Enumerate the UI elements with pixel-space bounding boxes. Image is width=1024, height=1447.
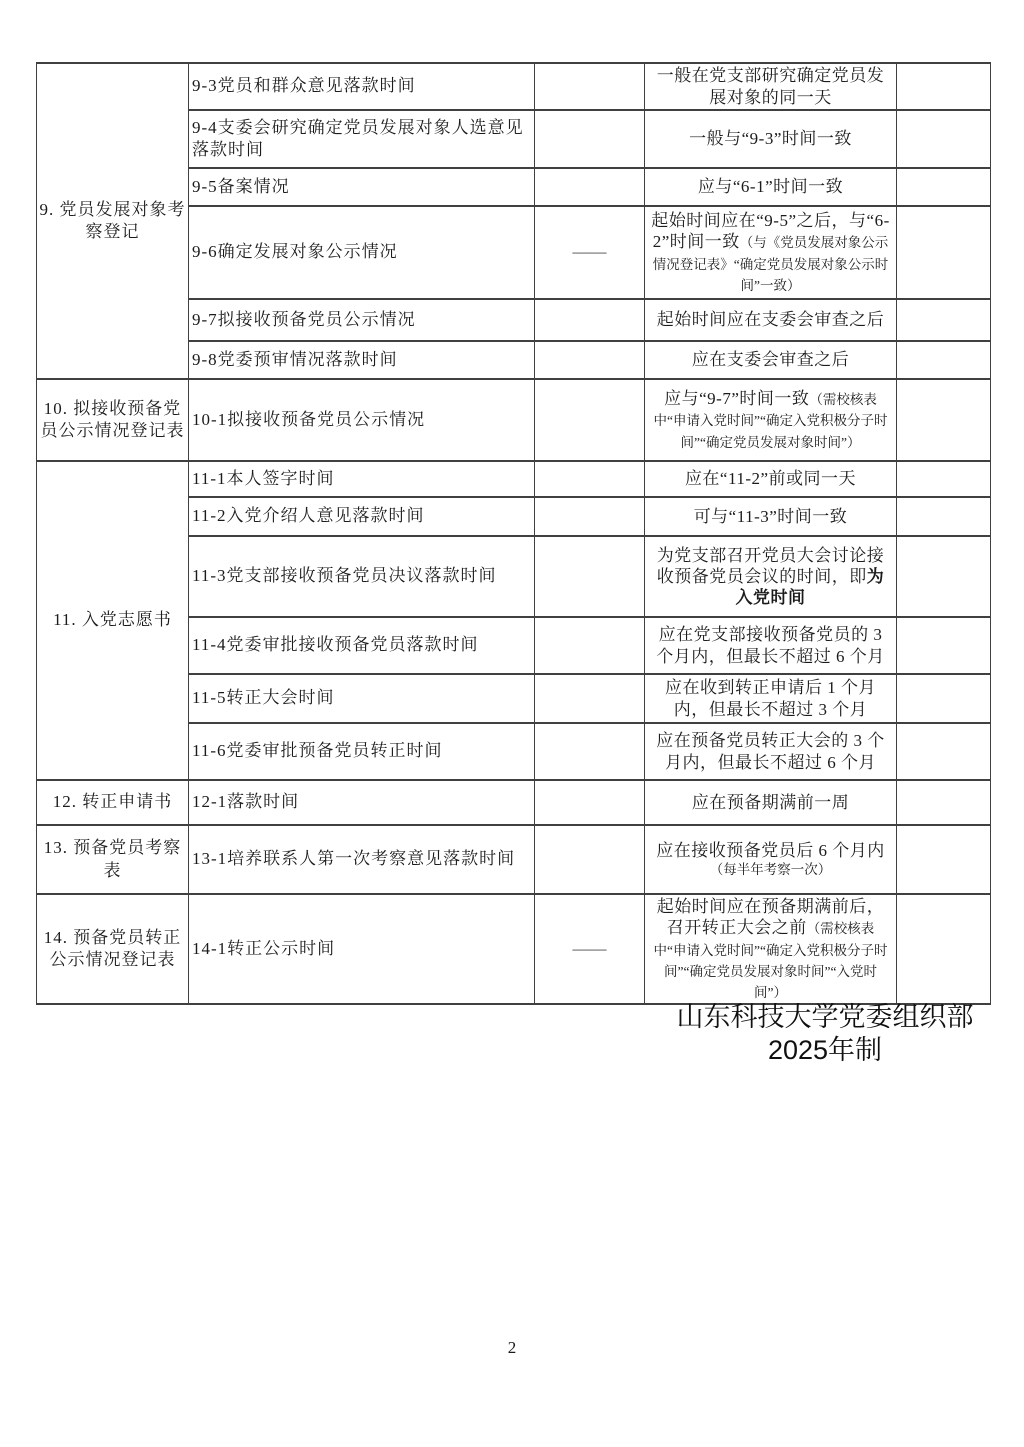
mark-cell [535,299,645,341]
empty-cell [897,536,991,617]
row-13-1: 13. 预备党员考察表 13-1培养联系人第一次考察意见落款时间 应在接收预备党… [37,825,991,894]
mark-cell [535,825,645,894]
note-cell: 为党支部召开党员大会讨论接收预备党员会议的时间，即为入党时间 [645,536,897,617]
item-cell: 11-4党委审批接收预备党员落款时间 [189,617,535,674]
note-text: 应在预备期满前一周 [692,793,850,812]
row-11-1: 11. 入党志愿书 11-1本人签字时间 应在“11-2”前或同一天 [37,461,991,497]
category-label: 13. 预备党员考察表 [44,838,182,879]
note-text: 应在党支部接收预备党员的 3 个月内，但最长不超过 6 个月 [656,625,885,665]
mark-cell [535,723,645,780]
note-cell: 起始时间应在支委会审查之后 [645,299,897,341]
category-cell-11: 11. 入党志愿书 [37,461,189,780]
category-label: 11. 入党志愿书 [53,610,172,629]
item-label: 11-6党委审批预备党员转正时间 [192,741,443,760]
empty-cell [897,63,991,110]
note-cell: 一般与“9-3”时间一致 [645,110,897,168]
item-cell: 9-5备案情况 [189,168,535,206]
note-text: 应在“11-2”前或同一天 [685,469,856,488]
item-cell: 11-5转正大会时间 [189,674,535,723]
item-label: 13-1培养联系人第一次考察意见落款时间 [192,849,515,868]
note-cell: 应与“6-1”时间一致 [645,168,897,206]
row-9-3: 9. 党员发展对象考察登记 9-3党员和群众意见落款时间 一般在党支部研究确定党… [37,63,991,110]
item-cell: 11-3党支部接收预备党员决议落款时间 [189,536,535,617]
item-cell: 9-8党委预审情况落款时间 [189,341,535,379]
note-cell: 应在支委会审查之后 [645,341,897,379]
item-label: 14-1转正公示时间 [192,939,335,958]
empty-cell [897,497,991,536]
item-cell: 14-1转正公示时间 [189,894,535,1004]
item-label: 11-1本人签字时间 [192,469,335,488]
note-cell: 应与“9-7”时间一致（需校核表中“申请入党时间”“确定入党积极分子时间”“确定… [645,379,897,461]
item-cell: 9-6确定发展对象公示情况 [189,206,535,299]
row-12-1: 12. 转正申请书 12-1落款时间 应在预备期满前一周 [37,780,991,825]
category-cell-12: 12. 转正申请书 [37,780,189,825]
empty-cell [897,379,991,461]
item-label: 11-3党支部接收预备党员决议落款时间 [192,566,497,585]
mark-cell: —— [535,894,645,1004]
item-cell: 11-6党委审批预备党员转正时间 [189,723,535,780]
mark-cell [535,379,645,461]
mark-cell [535,497,645,536]
note-text: 应与“6-1”时间一致 [698,177,843,196]
category-label: 14. 预备党员转正公示情况登记表 [44,928,182,969]
note-text: 为党支部召开党员大会讨论接收预备党员会议的时间，即 [657,546,885,586]
item-label: 9-7拟接收预备党员公示情况 [192,310,416,329]
dash-mark: —— [573,242,607,261]
category-cell-14: 14. 预备党员转正公示情况登记表 [37,894,189,1004]
item-label: 11-5转正大会时间 [192,688,335,707]
item-label: 12-1落款时间 [192,792,299,811]
item-label: 9-8党委预审情况落款时间 [192,350,398,369]
mark-cell: —— [535,206,645,299]
item-cell: 9-3党员和群众意见落款时间 [189,63,535,110]
note-text: 应在接收预备党员后 6 个月内 [656,841,885,860]
issue-year: 2025年制 [660,1034,990,1067]
note-cell: 应在接收预备党员后 6 个月内（每半年考察一次） [645,825,897,894]
note-small-text: （每半年考察一次） [651,862,890,879]
note-text: 应在预备党员转正大会的 3 个月内，但最长不超过 6 个月 [656,731,885,771]
mark-cell [535,63,645,110]
note-text: 应与“9-7”时间一致 [664,389,809,408]
note-text: 起始时间应在支委会审查之后 [657,310,885,329]
item-cell: 9-4支委会研究确定党员发展对象人选意见落款时间 [189,110,535,168]
page-number: 2 [0,1338,1024,1358]
mark-cell [535,674,645,723]
empty-cell [897,894,991,1004]
item-label: 10-1拟接收预备党员公示情况 [192,410,425,429]
note-cell: 应在“11-2”前或同一天 [645,461,897,497]
mark-cell [535,617,645,674]
item-label: 9-3党员和群众意见落款时间 [192,76,416,95]
note-cell: 应在党支部接收预备党员的 3 个月内，但最长不超过 6 个月 [645,617,897,674]
mark-cell [535,341,645,379]
empty-cell [897,674,991,723]
mark-cell [535,168,645,206]
empty-cell [897,780,991,825]
note-text: 一般在党支部研究确定党员发展对象的同一天 [657,66,885,106]
item-label: 9-4支委会研究确定党员发展对象人选意见落款时间 [192,118,524,159]
row-10-1: 10. 拟接收预备党员公示情况登记表 10-1拟接收预备党员公示情况 应与“9-… [37,379,991,461]
mark-cell [535,110,645,168]
item-cell: 10-1拟接收预备党员公示情况 [189,379,535,461]
empty-cell [897,299,991,341]
note-text: 可与“11-3”时间一致 [694,507,848,526]
empty-cell [897,110,991,168]
item-label: 9-6确定发展对象公示情况 [192,242,398,261]
category-cell-9: 9. 党员发展对象考察登记 [37,63,189,379]
dash-mark: —— [573,939,607,958]
row-14-1: 14. 预备党员转正公示情况登记表 14-1转正公示时间 —— 起始时间应在预备… [37,894,991,1004]
item-label: 11-2入党介绍人意见落款时间 [192,506,425,525]
issuer-footer: 山东科技大学党委组织部 2025年制 [660,1001,990,1067]
empty-cell [897,341,991,379]
empty-cell [897,168,991,206]
issuer-name: 山东科技大学党委组织部 [660,1001,990,1034]
empty-cell [897,461,991,497]
item-cell: 13-1培养联系人第一次考察意见落款时间 [189,825,535,894]
category-cell-13: 13. 预备党员考察表 [37,825,189,894]
item-cell: 12-1落款时间 [189,780,535,825]
empty-cell [897,206,991,299]
mark-cell [535,461,645,497]
note-text: 一般与“9-3”时间一致 [689,129,852,148]
note-cell: 起始时间应在预备期满前后，召开转正大会之前（需校核表中“申请入党时间”“确定入党… [645,894,897,1004]
empty-cell [897,617,991,674]
note-text: 应在支委会审查之后 [692,350,850,369]
item-label: 11-4党委审批接收预备党员落款时间 [192,635,479,654]
note-cell: 应在预备党员转正大会的 3 个月内，但最长不超过 6 个月 [645,723,897,780]
note-text: 应在收到转正申请后 1 个月内，但最长不超过 3 个月 [665,678,876,718]
note-cell: 应在收到转正申请后 1 个月内，但最长不超过 3 个月 [645,674,897,723]
category-label: 10. 拟接收预备党员公示情况登记表 [41,399,185,440]
mark-cell [535,536,645,617]
mark-cell [535,780,645,825]
item-cell: 11-2入党介绍人意见落款时间 [189,497,535,536]
note-cell: 起始时间应在“9-5”之后，与“6-2”时间一致（与《党员发展对象公示情况登记表… [645,206,897,299]
item-cell: 11-1本人签字时间 [189,461,535,497]
category-label: 12. 转正申请书 [53,792,173,811]
item-label: 9-5备案情况 [192,177,290,196]
checklist-table: 9. 党员发展对象考察登记 9-3党员和群众意见落款时间 一般在党支部研究确定党… [36,62,991,1005]
empty-cell [897,825,991,894]
note-cell: 应在预备期满前一周 [645,780,897,825]
item-cell: 9-7拟接收预备党员公示情况 [189,299,535,341]
category-cell-10: 10. 拟接收预备党员公示情况登记表 [37,379,189,461]
empty-cell [897,723,991,780]
note-cell: 可与“11-3”时间一致 [645,497,897,536]
note-cell: 一般在党支部研究确定党员发展对象的同一天 [645,63,897,110]
category-label: 9. 党员发展对象考察登记 [40,200,186,241]
document-page: 9. 党员发展对象考察登记 9-3党员和群众意见落款时间 一般在党支部研究确定党… [0,0,1024,1447]
